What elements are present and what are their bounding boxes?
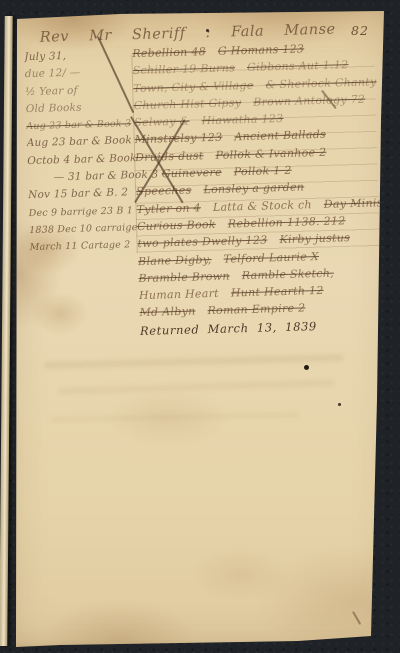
entry-title: Druids dust [135,149,204,164]
entry-title: Pollok 1 2 [234,164,292,179]
entry-date: Dec 9 barrige 23 B 1 [29,205,137,219]
entry-date: Aug 23 bar & Book 3 [26,118,134,132]
entry-title: G Homans 123 [218,42,305,57]
entry-date [32,335,140,338]
entry-title: Church Hist Gipsy [134,96,242,112]
entry-title: Md Albyn [139,305,195,320]
entry-title: Pollok & Ivanhoe 2 [215,146,326,162]
entry-title: Town, City & Village [133,78,254,94]
entry-date: Nov 15 bar & B. 2 [28,186,136,201]
entry-date [31,282,139,285]
ink-dot [304,365,309,370]
entry-title: & Sherlock Chanty [265,75,376,91]
entry-title: Gibbons Aut 1.12 [247,58,349,74]
entry-title: Curious Book [137,218,216,233]
entry-title: Rebellion 48 [132,45,206,60]
entry-title: Human Heart [139,287,219,302]
entry-title: Telford Laurie X [223,250,319,266]
entry-date: Octob 4 bar & Book 4 [27,152,135,167]
entry-date: ½ Year of [25,83,133,98]
entry-title: Ancient Ballads [234,128,326,144]
entry-title: Blane Digby, [138,253,212,268]
entry-date: 1838 Dec 10 carraige & B 3 [29,222,137,236]
entry-date: — 31 bar & Book 3 [28,168,162,184]
entry-title: Lonsley a garden [203,181,304,197]
entry-title: Rebellion 1138. 212 [228,214,346,230]
entry-title: Latta & Stock ch [213,198,312,214]
entry-date [30,265,138,268]
entry-title: two plates Dwelly 123 [137,234,267,251]
entry-title: Brown Antology 72 [253,93,365,109]
ledger-rows: July 31, Rebellion 48G Homans 123 due 12… [24,40,386,344]
entry-date: Aug 23 bar & Book 3 [27,135,135,150]
ink-dot [206,29,209,32]
ink-dot [338,403,341,406]
adjacent-page-edge [0,16,13,646]
manuscript-page: 82 Rev Mr Sheriff : Fala Manse July 31, … [0,0,400,653]
entry-date: Old Books [26,100,134,115]
entry-title: Hiawatha 123 [201,112,283,127]
entry-title: Kirby justus [279,231,350,246]
entry-title: Guinevere [161,166,222,181]
entry-title: Roman Empire 2 [207,302,305,318]
entry-title: Ramble Sketch, [242,266,334,282]
entry-title: Hunt Hearth 12 [231,284,324,300]
entry-date: March 11 Cartage 2 [30,239,138,253]
handwriting-block: Rev Mr Sheriff : Fala Manse July 31, Reb… [0,0,400,653]
entry-date [31,299,139,302]
entry-title: Schiller 19 Burns [133,62,236,78]
entry-title: Tytler on 4 [136,201,201,216]
entry-title: Bramble Brown [138,269,230,285]
entry-date: July 31, [24,48,132,63]
entry-title: Day Minister [324,196,383,211]
entry-date [32,316,140,319]
